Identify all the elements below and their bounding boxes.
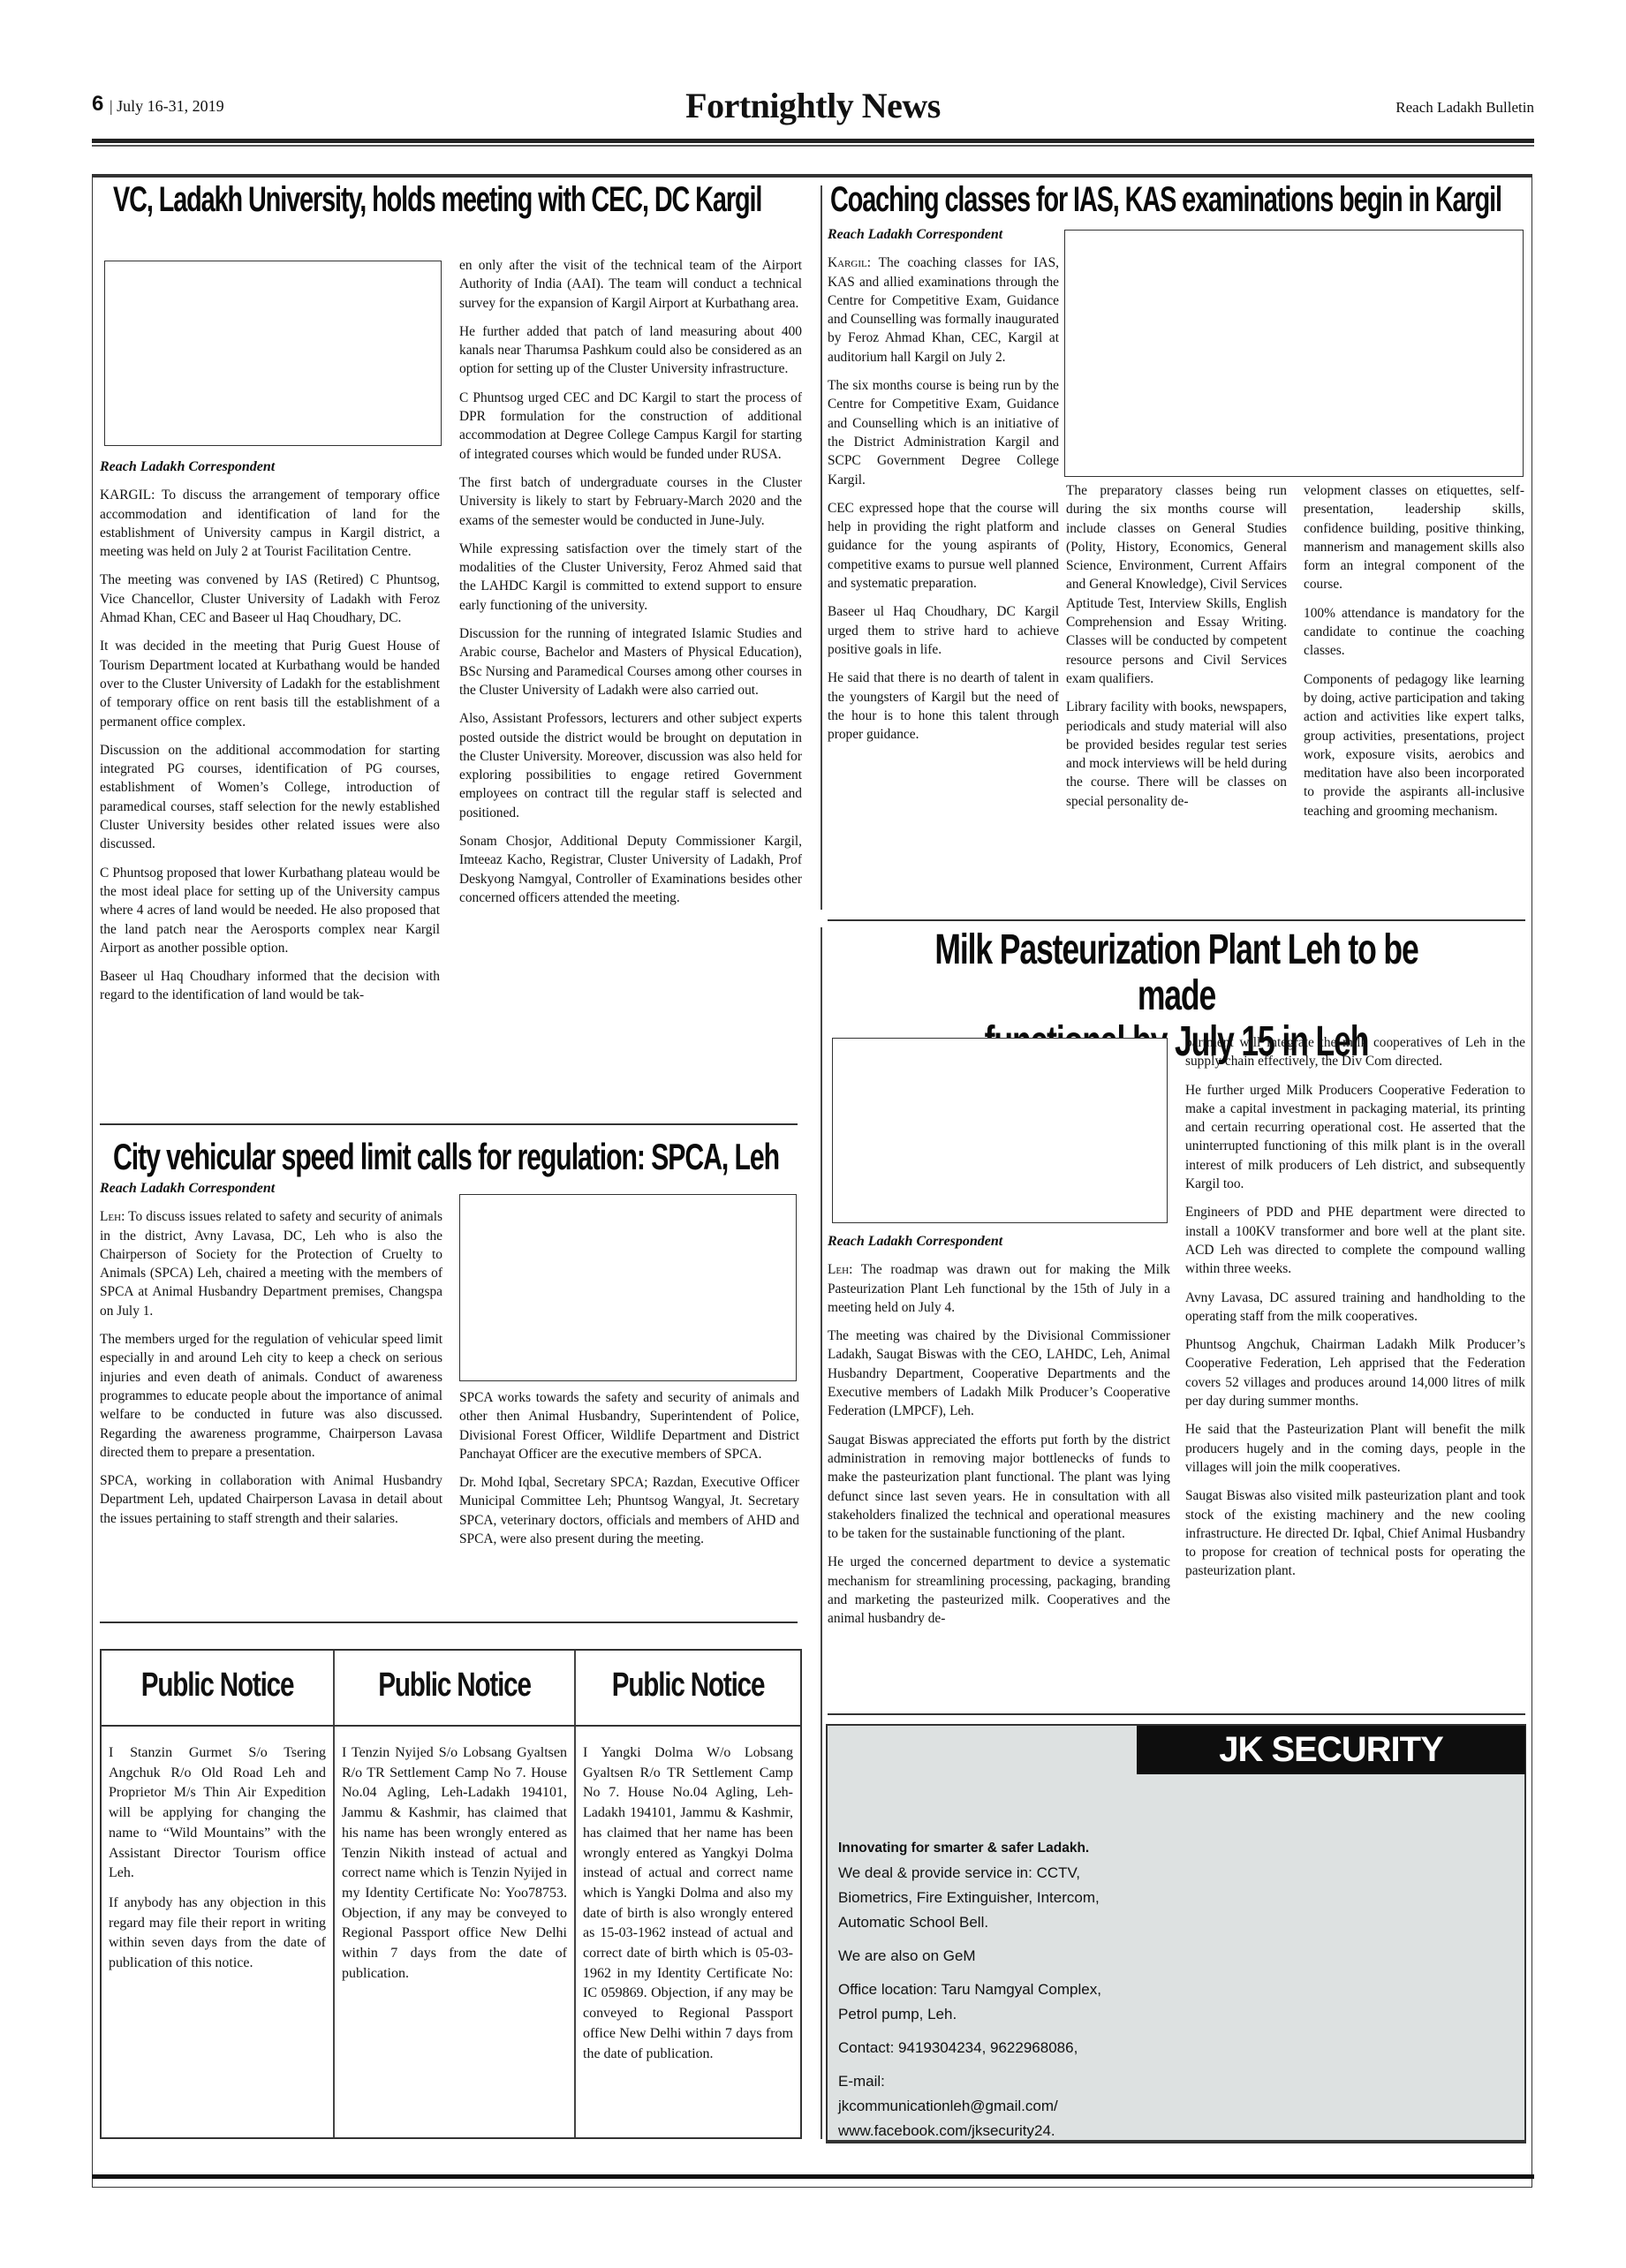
byline: Reach Ladakh Correspondent <box>100 457 440 476</box>
notice-heading: Public Notice <box>335 1667 574 1705</box>
paragraph: He urged the concerned department to dev… <box>828 1553 1170 1628</box>
dateline: KARGIL: <box>100 488 155 503</box>
advert-body: Innovating for smarter & safer Ladakh. W… <box>838 1836 1103 2152</box>
paragraph: Saugat Biswas also visited milk pasteuri… <box>1185 1486 1525 1580</box>
headline-line: Milk Pasteurization Plant Leh to be made <box>919 927 1435 1019</box>
column-divider-lower <box>821 927 822 2139</box>
paragraph: en only after the visit of the technical… <box>459 256 802 313</box>
section-divider <box>100 1622 798 1623</box>
jk-security-advert: JK SECURITY Innovating for smarter & saf… <box>826 1724 1526 2143</box>
paragraph: velopment classes on etiquettes, self-pr… <box>1304 481 1524 594</box>
paragraph: He further added that patch of land meas… <box>459 322 802 379</box>
article-photo-placeholder <box>459 1194 797 1381</box>
notice-body: I Tenzin Nyijed S/o Lobsang Gyaltsen R/o… <box>342 1743 567 1993</box>
notice-body: I Stanzin Gurmet S/o Tsering Angchuk R/o… <box>109 1743 326 1984</box>
paragraph: He further urged Milk Producers Cooperat… <box>1185 1081 1525 1194</box>
article-column: partment will integrate the milk coopera… <box>1185 1033 1525 1591</box>
paragraph: The meeting was chaired by the Divisiona… <box>828 1327 1170 1420</box>
notice-heading: Public Notice <box>102 1667 333 1705</box>
paragraph: 100% attendance is mandatory for the can… <box>1304 604 1524 661</box>
paragraph: CEC expressed hope that the course will … <box>828 499 1059 593</box>
masthead-rule <box>92 139 1534 143</box>
paragraph: C Phuntsog urged CEC and DC Kargil to st… <box>459 389 802 464</box>
advert-office: Office location: Taru Namgyal Complex, P… <box>838 1977 1103 2027</box>
notice-heading-text: Public Notice <box>601 1667 775 1705</box>
paragraph: The meeting was convened by IAS (Retired… <box>100 571 440 627</box>
headline-text: Coaching classes for IAS, KAS examinatio… <box>830 180 1501 220</box>
advert-email: E-mail: jkcommunicationleh@gmail.com/ ww… <box>838 2069 1103 2143</box>
paragraph: Engineers of PDD and PHE department were… <box>1185 1203 1525 1278</box>
masthead-rule-thin <box>92 145 1534 147</box>
section-title: Fortnightly News <box>0 85 1626 126</box>
dateline: Leh: <box>828 1262 852 1277</box>
paragraph: Saugat Biswas appreciated the efforts pu… <box>828 1431 1170 1544</box>
paragraph: Dr. Mohd Iqbal, Secretary SPCA; Razdan, … <box>459 1473 799 1548</box>
notice-paragraph: I Stanzin Gurmet S/o Tsering Angchuk R/o… <box>109 1743 326 1884</box>
article-column: en only after the visit of the technical… <box>459 256 802 917</box>
notice-heading-text: Public Notice <box>361 1667 548 1705</box>
article-column: SPCA works towards the safety and securi… <box>459 1388 799 1558</box>
public-notices-box: Public Notice Public Notice Public Notic… <box>100 1649 802 2139</box>
article-column: Reach Ladakh Correspondent Kargil: The c… <box>828 225 1059 753</box>
byline: Reach Ladakh Correspondent <box>828 1232 1170 1251</box>
paragraph: Phuntsog Angchuk, Chairman Ladakh Milk P… <box>1185 1335 1525 1410</box>
dateline: Kargil: <box>828 255 871 270</box>
dateline: Leh: <box>100 1209 125 1224</box>
headline-text: City vehicular speed limit calls for reg… <box>113 1136 779 1178</box>
paragraph: The six months course is being run by th… <box>828 376 1059 489</box>
paragraph: Avny Lavasa, DC assured training and han… <box>1185 1289 1525 1327</box>
paragraph: To discuss issues related to safety and … <box>100 1209 442 1318</box>
paragraph: Discussion on the additional accommodati… <box>100 741 440 854</box>
article-column: Reach Ladakh Correspondent Leh: The road… <box>828 1232 1170 1638</box>
paragraph: The members urged for the regulation of … <box>100 1330 442 1462</box>
paragraph: Library facility with books, newspapers,… <box>1066 698 1287 811</box>
byline: Reach Ladakh Correspondent <box>828 225 1059 244</box>
advert-title: JK SECURITY <box>1219 1730 1443 1769</box>
paragraph: Also, Assistant Professors, lecturers an… <box>459 709 802 822</box>
section-divider <box>828 919 1525 921</box>
paragraph: Components of pedagogy like learning by … <box>1304 670 1524 820</box>
notice-divider <box>574 1651 576 2137</box>
paragraph: partment will integrate the milk coopera… <box>1185 1033 1525 1071</box>
advert-contact: Contact: 9419304234, 9622968086, <box>838 2036 1103 2060</box>
headline-text: VC, Ladakh University, holds meeting wit… <box>113 180 761 220</box>
publication-name: Reach Ladakh Bulletin <box>1395 99 1534 117</box>
paragraph: Discussion for the running of integrated… <box>459 624 802 699</box>
paragraph: Sonam Chosjor, Additional Deputy Commiss… <box>459 832 802 907</box>
paragraph: Baseer ul Haq Choudhary informed that th… <box>100 967 440 1005</box>
notice-divider <box>333 1651 335 2137</box>
article-headline: Coaching classes for IAS, KAS examinatio… <box>830 180 1626 220</box>
notice-paragraph: I Tenzin Nyijed S/o Lobsang Gyaltsen R/o… <box>342 1743 567 1984</box>
paragraph: The coaching classes for IAS, KAS and al… <box>828 255 1059 364</box>
article-photo-placeholder <box>104 261 442 446</box>
notice-heading-text: Public Notice <box>127 1667 307 1705</box>
paragraph: It was decided in the meeting that Purig… <box>100 637 440 730</box>
paragraph: The first batch of undergraduate courses… <box>459 473 802 530</box>
paragraph: He said that there is no dearth of talen… <box>828 669 1059 744</box>
paragraph: The preparatory classes being run during… <box>1066 481 1287 688</box>
advert-tagline: Innovating for smarter & safer Ladakh. <box>838 1836 1103 1861</box>
advert-banner: JK SECURITY <box>1137 1726 1525 1774</box>
article-column: The preparatory classes being run during… <box>1066 481 1287 820</box>
paragraph: C Phuntsog proposed that lower Kurbathan… <box>100 864 440 957</box>
article-headline: City vehicular speed limit calls for reg… <box>113 1136 1038 1178</box>
notice-paragraph: I Yangki Dolma W/o Lobsang Gyaltsen R/o … <box>583 1743 793 2064</box>
notice-header-divider <box>102 1725 800 1727</box>
article-column: Reach Ladakh Correspondent Leh: To discu… <box>100 1179 442 1538</box>
section-divider <box>828 1713 1525 1715</box>
notice-heading: Public Notice <box>576 1667 800 1705</box>
paragraph: Baseer ul Haq Choudhary, DC Kargil urged… <box>828 602 1059 659</box>
byline: Reach Ladakh Correspondent <box>100 1179 442 1198</box>
paragraph: He said that the Pasteurization Plant wi… <box>1185 1420 1525 1477</box>
paragraph: While expressing satisfaction over the t… <box>459 540 802 615</box>
article-column: Reach Ladakh Correspondent KARGIL: To di… <box>100 457 440 1015</box>
article-photo-placeholder <box>832 1038 1168 1223</box>
section-divider <box>100 1123 798 1125</box>
advert-services: We deal & provide service in: CCTV, Biom… <box>838 1861 1103 1935</box>
paragraph: SPCA, working in collaboration with Anim… <box>100 1471 442 1528</box>
notice-paragraph: If anybody has any objection in this reg… <box>109 1894 326 1974</box>
advert-gem: We are also on GeM <box>838 1944 1103 1969</box>
article-photo-placeholder <box>1064 230 1524 477</box>
column-divider <box>821 185 822 910</box>
footer-rule <box>92 2174 1534 2179</box>
paragraph: The roadmap was drawn out for making the… <box>828 1262 1170 1315</box>
paragraph: SPCA works towards the safety and securi… <box>459 1388 799 1463</box>
notice-body: I Yangki Dolma W/o Lobsang Gyaltsen R/o … <box>583 1743 793 2074</box>
article-column: velopment classes on etiquettes, self-pr… <box>1304 481 1524 830</box>
